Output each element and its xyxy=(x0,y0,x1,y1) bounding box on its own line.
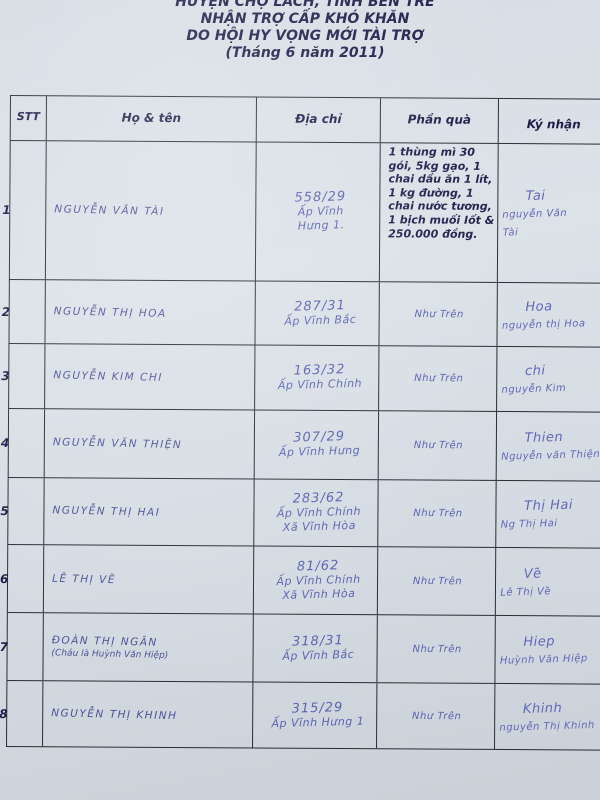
row-number: 4 xyxy=(1,436,21,450)
address-line: Ấp Vĩnh Chính xyxy=(265,376,374,393)
cell-signature: Thị HaiNg Thị Hai xyxy=(495,481,600,548)
signature-name: Nguyễn văn Thiện xyxy=(501,444,600,466)
cell-stt: 1 xyxy=(9,141,46,279)
address-line: Ấp Vĩnh Hưng xyxy=(265,443,374,460)
table-row: 2NGUYỄN THỊ HOA287/31Ấp Vĩnh BắcNhư Trên… xyxy=(8,280,600,348)
cell-gift: Như Trên xyxy=(376,615,494,683)
recipient-name: ĐOÀN THỊ NGÂN(Cháu là Huỳnh Văn Hiệp) xyxy=(51,634,168,661)
signature: ThienNguyễn văn Thiện xyxy=(500,426,600,466)
table-row: 5NGUYỄN THỊ HAI283/62Ấp Vĩnh ChínhXã Vĩn… xyxy=(7,478,600,549)
gift-description: Như Trên xyxy=(384,575,491,587)
cell-stt: 6 xyxy=(7,545,43,612)
recipient-address: 318/31Ấp Vĩnh Bắc xyxy=(263,633,373,664)
recipient-name: NGUYỄN KIM CHI xyxy=(53,369,163,384)
cell-name: NGUYỄN VĂN TÀI xyxy=(45,141,256,280)
cell-address: 315/29Ấp Vĩnh Hưng 1 xyxy=(252,682,376,748)
signature: Tainguyễn VănTài xyxy=(502,184,600,242)
cell-address: 318/31Ấp Vĩnh Bắc xyxy=(252,614,376,682)
cell-gift: Như Trên xyxy=(378,346,496,411)
recipient-address: 81/62Ấp Vĩnh ChínhXã Vĩnh Hòa xyxy=(263,558,373,603)
gift-description: Như Trên xyxy=(385,373,492,385)
column-header-signature: Ký nhận xyxy=(498,99,600,144)
row-number: 6 xyxy=(0,571,20,585)
cell-name: NGUYỄN THỊ HAI xyxy=(43,478,253,545)
recipient-address: 287/31Ấp Vĩnh Bắc xyxy=(265,298,375,329)
document-sheet: HUYỆN CHỢ LÁCH, TỈNH BẾN TRE NHẬN TRỢ CẤ… xyxy=(0,0,600,800)
signature: Hoanguyễn thị Hoa xyxy=(501,295,600,335)
gift-description: Như Trên xyxy=(384,643,491,655)
cell-address: 163/32Ấp Vĩnh Chính xyxy=(254,345,378,410)
signature-mark: Hiep xyxy=(499,630,600,652)
address-line: Ấp Vĩnh Hưng 1 xyxy=(263,714,372,731)
cell-address: 558/29Ấp VĩnhHưng 1. xyxy=(255,143,380,282)
signature-mark: Vẽ xyxy=(500,562,600,584)
document-title: HUYỆN CHỢ LÁCH, TỈNH BẾN TRE NHẬN TRỢ CẤ… xyxy=(140,0,470,62)
table-row: 8NGUYỄN THỊ KHINH315/29Ấp Vĩnh Hưng 1Như… xyxy=(6,681,600,751)
cell-address: 283/62Ấp Vĩnh ChínhXã Vĩnh Hòa xyxy=(253,479,377,546)
cell-address: 81/62Ấp Vĩnh ChínhXã Vĩnh Hòa xyxy=(253,546,377,614)
cell-name: NGUYỄN THỊ KHINH xyxy=(42,681,252,747)
signature-name: Tài xyxy=(503,220,600,242)
cell-stt: 2 xyxy=(8,280,44,343)
column-header-address: Địa chỉ xyxy=(256,98,380,143)
recipient-address: 163/32Ấp Vĩnh Chính xyxy=(265,362,375,393)
row-number: 5 xyxy=(0,504,20,518)
address-line: Ấp Vĩnh Bắc xyxy=(264,647,373,664)
recipient-name-text: NGUYỄN VĂN THIỆN xyxy=(53,436,183,451)
cell-name: NGUYỄN VĂN THIỆN xyxy=(44,409,254,478)
recipient-name: LÊ THỊ VẼ xyxy=(52,572,116,586)
cell-stt: 4 xyxy=(8,409,44,477)
table-row: 4NGUYỄN VĂN THIỆN307/29Ấp Vĩnh HưngNhư T… xyxy=(8,409,600,482)
signature-name: Ng Thị Hai xyxy=(500,512,600,534)
cell-gift: Như Trên xyxy=(377,480,495,547)
table-row: 1NGUYỄN VĂN TÀI558/29Ấp VĩnhHưng 1.1 thù… xyxy=(9,141,600,284)
cell-signature: Hoanguyễn thị Hoa xyxy=(496,283,600,347)
cell-stt: 8 xyxy=(6,681,42,746)
row-number: 7 xyxy=(0,639,20,653)
cell-gift: 1 thùng mì 30 gói, 5kg gạo, 1 chai dầu ă… xyxy=(379,143,498,282)
recipient-name-text: LÊ THỊ VẼ xyxy=(52,572,116,586)
cell-stt: 7 xyxy=(6,613,42,680)
recipients-table: STT Họ & tên Địa chỉ Phần quà Ký nhận 1N… xyxy=(6,95,600,751)
recipient-name: NGUYỄN VĂN TÀI xyxy=(54,203,164,218)
address-line: Hưng 1. xyxy=(267,217,376,234)
cell-name: LÊ THỊ VẼ xyxy=(43,545,253,613)
cell-signature: Khinhnguyễn Thị Khinh xyxy=(494,684,600,750)
table-row: 6LÊ THỊ VẼ81/62Ấp Vĩnh ChínhXã Vĩnh HòaN… xyxy=(7,545,600,617)
signature: Thị HaiNg Thị Hai xyxy=(500,494,600,534)
table-header-row: STT Họ & tên Địa chỉ Phần quà Ký nhận xyxy=(10,95,600,145)
cell-name: ĐOÀN THỊ NGÂN(Cháu là Huỳnh Văn Hiệp) xyxy=(42,613,252,681)
address-line: Ấp Vĩnh Bắc xyxy=(266,312,375,329)
recipient-name: NGUYỄN THỊ HOA xyxy=(54,305,167,320)
recipient-name-text: ĐOÀN THỊ NGÂN xyxy=(52,634,158,648)
cell-name: NGUYỄN KIM CHI xyxy=(44,344,254,409)
signature-name: nguyễn Kim xyxy=(501,377,600,399)
recipient-address: 558/29Ấp VĩnhHưng 1. xyxy=(266,189,376,234)
recipient-address: 315/29Ấp Vĩnh Hưng 1 xyxy=(263,700,373,731)
column-header-stt: STT xyxy=(10,96,46,140)
table-body: 1NGUYỄN VĂN TÀI558/29Ấp VĩnhHưng 1.1 thù… xyxy=(6,141,600,751)
address-line: Ấp Vĩnh Chính xyxy=(264,572,373,589)
cell-gift: Như Trên xyxy=(378,411,496,480)
cell-signature: chinguyễn Kim xyxy=(496,347,600,412)
title-line-subject: NHẬN TRỢ CẤP KHÓ KHĂN xyxy=(140,11,470,28)
row-number: 1 xyxy=(2,203,22,217)
row-number: 8 xyxy=(0,706,19,720)
gift-description: Như Trên xyxy=(384,508,491,520)
cell-address: 307/29Ấp Vĩnh Hưng xyxy=(254,410,378,479)
gift-description: Như Trên xyxy=(385,440,492,452)
row-number: 3 xyxy=(1,369,21,383)
title-line-district: HUYỆN CHỢ LÁCH, TỈNH BẾN TRE xyxy=(140,0,470,11)
recipient-name: NGUYỄN THỊ KHINH xyxy=(51,707,178,722)
title-line-sponsor: DO HỘI HY VỌNG MỚI TÀI TRỢ xyxy=(140,28,470,45)
table-row: 3NGUYỄN KIM CHI163/32Ấp Vĩnh ChínhNhư Tr… xyxy=(8,344,600,413)
signature-mark: Hoa xyxy=(501,295,600,317)
signature: chinguyễn Kim xyxy=(501,359,600,399)
cell-gift: Như Trên xyxy=(378,282,496,346)
recipient-address: 307/29Ấp Vĩnh Hưng xyxy=(264,429,374,460)
recipient-name-text: NGUYỄN THỊ HOA xyxy=(54,305,167,320)
signature: HiepHuỳnh Văn Hiệp xyxy=(499,630,600,670)
recipient-name: NGUYỄN VĂN THIỆN xyxy=(53,436,183,451)
title-line-date: (Tháng 6 năm 2011) xyxy=(140,45,470,62)
table-row: 7ĐOÀN THỊ NGÂN(Cháu là Huỳnh Văn Hiệp)31… xyxy=(6,613,600,685)
recipient-name-note: (Cháu là Huỳnh Văn Hiệp) xyxy=(51,648,168,661)
recipient-name-text: NGUYỄN THỊ HAI xyxy=(52,504,160,519)
signature-mark: Khinh xyxy=(499,697,600,719)
recipient-name-text: NGUYỄN VĂN TÀI xyxy=(54,203,164,218)
gift-description: 1 thùng mì 30 gói, 5kg gạo, 1 chai dầu ă… xyxy=(388,145,496,241)
cell-signature: Tainguyễn VănTài xyxy=(497,144,600,283)
cell-signature: HiepHuỳnh Văn Hiệp xyxy=(494,616,600,684)
recipient-name-text: NGUYỄN THỊ KHINH xyxy=(51,707,178,722)
column-header-gift: Phần quà xyxy=(380,98,498,143)
cell-stt: 5 xyxy=(7,478,43,544)
gift-description: Như Trên xyxy=(386,308,493,320)
signature: VẽLê Thị Vẽ xyxy=(500,562,600,602)
cell-signature: ThienNguyễn văn Thiện xyxy=(496,412,600,481)
recipient-name: NGUYỄN THỊ HAI xyxy=(52,504,160,519)
cell-stt: 3 xyxy=(8,344,44,408)
column-header-name: Họ & tên xyxy=(46,96,256,141)
cell-address: 287/31Ấp Vĩnh Bắc xyxy=(254,281,378,345)
gift-description: Như Trên xyxy=(383,710,490,722)
row-number: 2 xyxy=(2,304,22,318)
cell-name: NGUYỄN THỊ HOA xyxy=(44,280,254,344)
cell-gift: Như Trên xyxy=(377,547,495,615)
recipient-address: 283/62Ấp Vĩnh ChínhXã Vĩnh Hòa xyxy=(264,490,374,535)
cell-signature: VẽLê Thị Vẽ xyxy=(495,548,600,616)
cell-gift: Như Trên xyxy=(376,683,494,749)
recipient-name-text: NGUYỄN KIM CHI xyxy=(53,369,163,384)
signature: Khinhnguyễn Thị Khinh xyxy=(499,697,600,737)
